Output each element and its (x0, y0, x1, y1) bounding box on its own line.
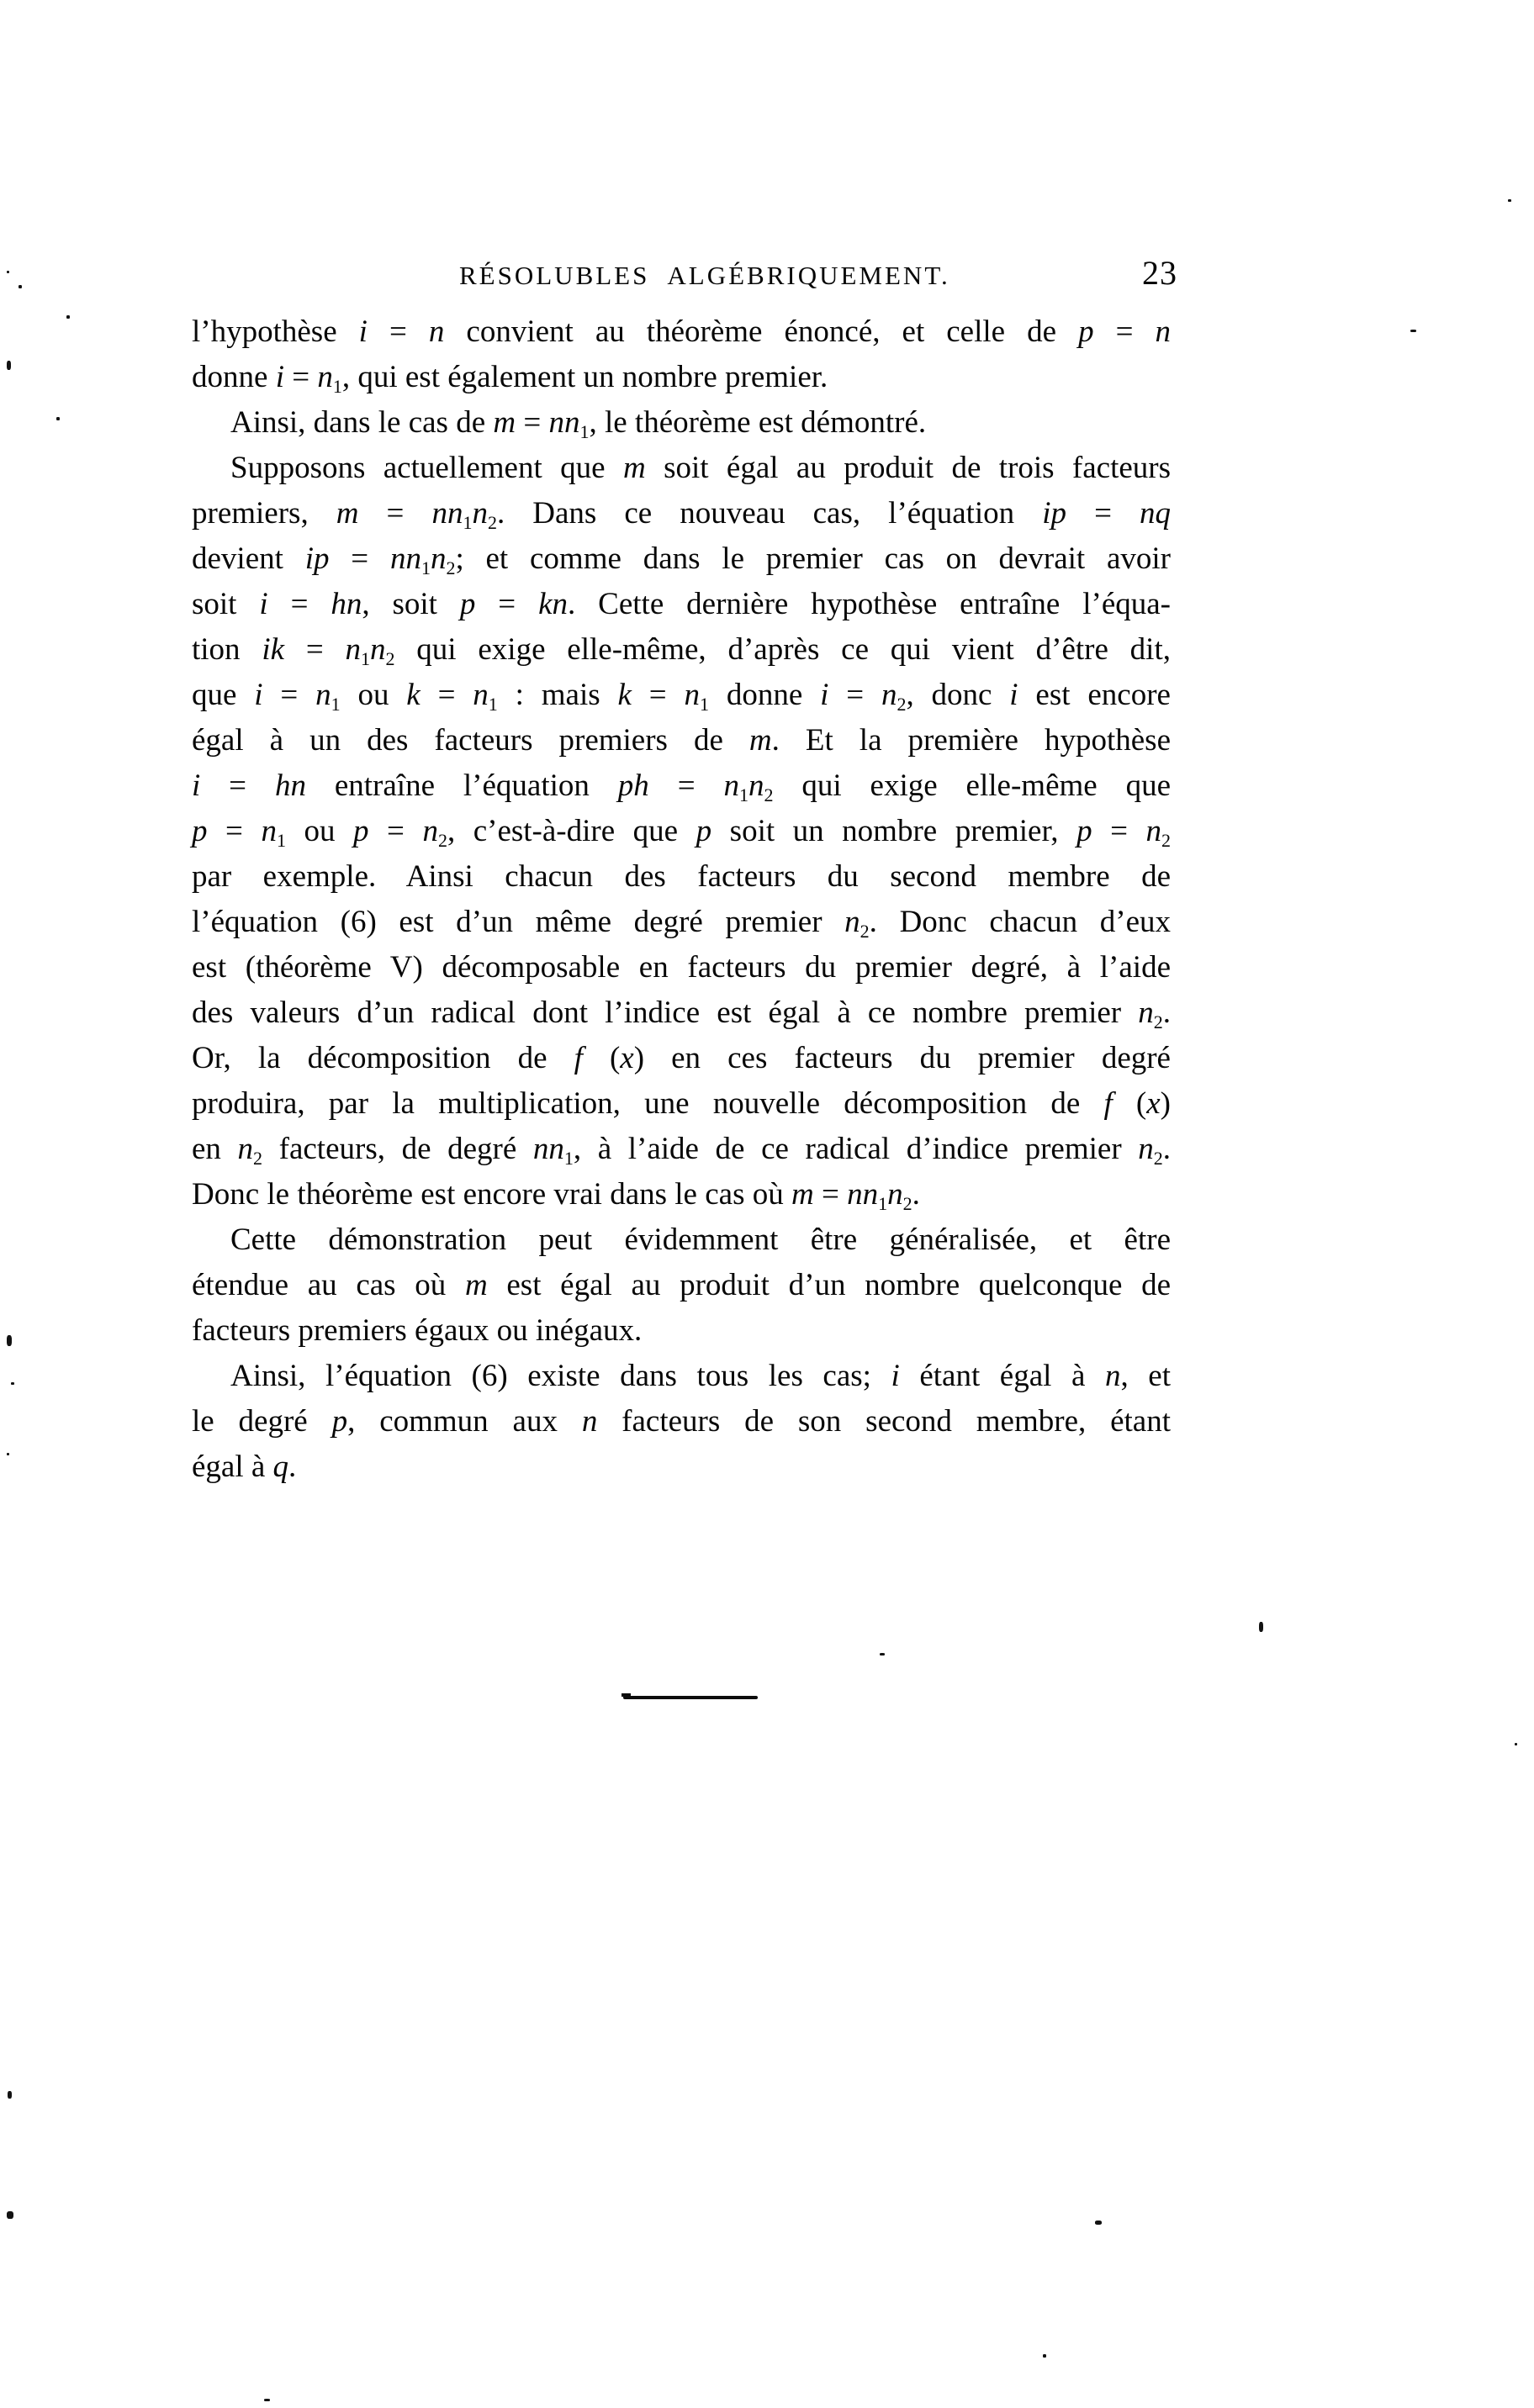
running-header: RÉSOLUBLES ALGÉBRIQUEMENT. 23 (192, 255, 1177, 297)
scan-speck (7, 271, 9, 273)
text-segment: devient (192, 541, 305, 576)
math-italic: n (582, 1404, 598, 1439)
math-italic: ph (618, 768, 649, 803)
scan-speck (7, 361, 11, 370)
subscript: 2 (386, 648, 395, 669)
text-line: i = hn entraîne l’équation ph = n1n2 qui… (192, 763, 1171, 809)
subscript: 1 (277, 830, 286, 851)
text-line: premiers, m = nn1n2. Dans ce nouveau cas… (192, 491, 1171, 536)
math-italic: n (473, 678, 489, 712)
subscript: 2 (897, 694, 906, 715)
text-segment: soit (192, 587, 259, 621)
text-segment: qui exige elle-même que (773, 768, 1171, 803)
text-segment: , commun aux (347, 1404, 582, 1439)
math-italic: m (749, 723, 772, 758)
math-italic: p (353, 814, 369, 848)
math-italic: x (620, 1041, 633, 1075)
subscript: 2 (1154, 1011, 1163, 1032)
text-line: produira, par la multiplication, une nou… (192, 1081, 1171, 1127)
text-segment: = (421, 678, 473, 712)
text-line: l’hypothèse i = n convient au théorème é… (192, 309, 1171, 355)
text-segment: étendue au cas où (192, 1268, 465, 1302)
subscript: 2 (1154, 1148, 1163, 1169)
text-segment: = (516, 405, 548, 440)
text-segment: . (1163, 1132, 1171, 1166)
text-segment: : mais (498, 678, 618, 712)
scan-speck (1095, 2221, 1102, 2225)
text-segment: en (192, 1132, 238, 1166)
text-line: étendue au cas où m est égal au produit … (192, 1263, 1171, 1308)
scan-speck (11, 1382, 14, 1385)
text-segment: Ainsi, dans le cas de (230, 405, 493, 440)
math-italic: nn (548, 405, 579, 440)
text-line: est (théorème V) décomposable en facteur… (192, 945, 1171, 990)
text-segment: = (369, 814, 423, 848)
subscript: 1 (579, 421, 589, 442)
text-segment: = (828, 678, 881, 712)
text-line: l’équation (6) est d’un même degré premi… (192, 900, 1171, 945)
text-segment: = (284, 632, 345, 667)
math-italic: m (465, 1268, 488, 1302)
text-segment: convient au théorème énoncé, et celle de (444, 314, 1078, 349)
math-italic: k (617, 678, 631, 712)
text-segment: = (1066, 496, 1140, 531)
text-segment: = (268, 587, 331, 621)
scan-speck (7, 2211, 13, 2219)
scan-speck (8, 2091, 12, 2099)
math-italic: p (460, 587, 476, 621)
text-segment: = (263, 678, 316, 712)
math-italic: p (192, 814, 208, 848)
subscript: 1 (700, 694, 709, 715)
text-segment: ( (1113, 1086, 1147, 1121)
text-segment: est (théorème V) décomposable en facteur… (192, 950, 1171, 985)
subscript: 2 (1161, 830, 1171, 851)
scan-speck (1508, 199, 1511, 202)
math-italic: ip (305, 541, 330, 576)
math-italic: m (336, 496, 359, 531)
text-line: que i = n1 ou k = n1 : mais k = n1 donne… (192, 673, 1171, 718)
text-segment: , donc (906, 678, 1009, 712)
text-segment: qui exige elle-même, d’après ce qui vien… (395, 632, 1171, 667)
math-italic: nn (390, 541, 421, 576)
math-italic: n (429, 314, 445, 349)
math-italic: n (315, 678, 331, 712)
text-segment: = (329, 541, 389, 576)
math-italic: i (820, 678, 828, 712)
subscript: 2 (488, 512, 497, 533)
text-segment: Donc le théorème est encore vrai dans le… (192, 1177, 791, 1212)
math-italic: p (696, 814, 712, 848)
math-italic: nn (533, 1132, 564, 1166)
text-segment: Supposons actuellement que (230, 451, 623, 485)
text-line: Or, la décomposition de f (x) en ces fac… (192, 1036, 1171, 1081)
text-segment: des valeurs d’un radical dont l’indice e… (192, 995, 1138, 1030)
text-segment: Or, la décomposition de (192, 1041, 574, 1075)
subscript: 2 (253, 1148, 262, 1169)
text-line: égal à un des facteurs premiers de m. Et… (192, 718, 1171, 763)
page-number: 23 (1142, 253, 1177, 293)
math-italic: p (1078, 314, 1094, 349)
text-line: donne i = n1, qui est également un nombr… (192, 355, 1171, 400)
text-segment: le degré (192, 1404, 332, 1439)
scan-speck (1515, 1743, 1517, 1745)
text-line: Ainsi, dans le cas de m = nn1, le théorè… (192, 400, 1171, 446)
subscript: 1 (739, 784, 748, 805)
subscript: 1 (489, 694, 498, 715)
math-italic: n (684, 678, 700, 712)
math-italic: m (493, 405, 516, 440)
scan-speck (7, 1335, 12, 1346)
text-segment: = (475, 587, 538, 621)
text-segment: premiers, (192, 496, 336, 531)
math-italic: f (574, 1041, 583, 1075)
text-segment: tion (192, 632, 262, 667)
text-segment: entraîne l’équation (306, 768, 618, 803)
math-italic: n (261, 814, 277, 848)
subscript: 1 (463, 512, 472, 533)
text-line: égal à q. (192, 1444, 1171, 1490)
section-end-rule-edge (622, 1693, 631, 1697)
text-segment: ; et comme dans le premier cas on devrai… (455, 541, 1171, 576)
text-segment: facteurs, de degré (262, 1132, 533, 1166)
math-italic: q (273, 1450, 289, 1484)
text-segment: l’équation (6) est d’un même degré premi… (192, 905, 844, 939)
text-segment: par exemple. Ainsi chacun des facteurs d… (192, 859, 1171, 894)
math-italic: n (1156, 314, 1172, 349)
math-italic: n (748, 768, 764, 803)
scan-speck (264, 2399, 270, 2401)
math-italic: n (370, 632, 386, 667)
text-segment: donne (709, 678, 820, 712)
math-italic: n (881, 678, 897, 712)
text-segment: , à l’aide de ce radical d’indice premie… (574, 1132, 1138, 1166)
text-segment: = (814, 1177, 847, 1212)
subscript: 2 (764, 784, 773, 805)
text-line: par exemple. Ainsi chacun des facteurs d… (192, 854, 1171, 900)
text-segment: ) en ces facteurs du premier degré (634, 1041, 1171, 1075)
subscript: 2 (860, 921, 870, 942)
math-italic: i (891, 1359, 900, 1393)
text-segment: , le théorème est démontré. (589, 405, 926, 440)
math-italic: hn (275, 768, 306, 803)
text-line: facteurs premiers égaux ou inégaux. (192, 1308, 1171, 1354)
text-segment: soit un nombre premier, (711, 814, 1076, 848)
text-segment: produira, par la multiplication, une nou… (192, 1086, 1103, 1121)
text-segment: est encore (1018, 678, 1171, 712)
math-italic: n (1105, 1359, 1121, 1393)
text-segment: , c’est-à-dire que (447, 814, 696, 848)
math-italic: n (1138, 995, 1154, 1030)
subscript: 1 (333, 376, 342, 397)
text-segment: = (1092, 814, 1146, 848)
math-italic: n (238, 1132, 254, 1166)
text-segment: que (192, 678, 254, 712)
text-segment: = (632, 678, 685, 712)
math-italic: ik (262, 632, 284, 667)
text-line: soit i = hn, soit p = kn. Cette dernière… (192, 582, 1171, 627)
text-line: Cette démonstration peut évidemment être… (192, 1217, 1171, 1263)
subscript: 2 (446, 557, 455, 578)
subscript: 1 (331, 694, 341, 715)
text-line: Supposons actuellement que m soit égal a… (192, 446, 1171, 491)
math-italic: n (472, 496, 488, 531)
math-italic: i (276, 360, 284, 394)
math-italic: n (1146, 814, 1162, 848)
text-line: tion ik = n1n2 qui exige elle-même, d’ap… (192, 627, 1171, 673)
text-line: en n2 facteurs, de degré nn1, à l’aide d… (192, 1127, 1171, 1172)
text-block: l’hypothèse i = n convient au théorème é… (192, 309, 1171, 1490)
math-italic: n (346, 632, 362, 667)
scan-speck (66, 315, 70, 319)
text-segment: . (912, 1177, 920, 1212)
book-page: RÉSOLUBLES ALGÉBRIQUEMENT. 23 l’hypothès… (0, 0, 1534, 2408)
text-segment: . Et la première hypothèse (772, 723, 1171, 758)
math-italic: i (192, 768, 200, 803)
scan-speck (1259, 1622, 1263, 1632)
text-segment: , soit (362, 587, 460, 621)
text-line: le degré p, commun aux n facteurs de son… (192, 1399, 1171, 1444)
scan-speck (880, 1653, 885, 1655)
math-italic: nn (847, 1177, 878, 1212)
math-italic: kn (538, 587, 568, 621)
text-line: devient ip = nn1n2; et comme dans le pre… (192, 536, 1171, 582)
math-italic: m (623, 451, 646, 485)
math-italic: i (1009, 678, 1018, 712)
math-italic: n (422, 814, 438, 848)
math-italic: hn (331, 587, 362, 621)
math-italic: n (431, 541, 447, 576)
text-segment: = (284, 360, 317, 394)
text-line: des valeurs d’un radical dont l’indice e… (192, 990, 1171, 1036)
scan-speck (56, 417, 60, 420)
text-segment: . Cette dernière hypothèse entraîne l’éq… (568, 587, 1171, 621)
scan-speck (1410, 330, 1416, 332)
text-segment: . (288, 1450, 296, 1484)
subscript: 2 (438, 830, 447, 851)
subscript: 1 (564, 1148, 574, 1169)
text-segment: , qui est également un nombre premier. (342, 360, 828, 394)
text-segment: , et (1120, 1359, 1171, 1393)
math-italic: f (1103, 1086, 1112, 1121)
text-line: Donc le théorème est encore vrai dans le… (192, 1172, 1171, 1217)
math-italic: k (406, 678, 420, 712)
math-italic: n (1138, 1132, 1154, 1166)
text-segment: l’hypothèse (192, 314, 359, 349)
text-segment: = (358, 496, 431, 531)
text-segment: ( (583, 1041, 620, 1075)
text-segment: ou (286, 814, 353, 848)
math-italic: nq (1140, 496, 1171, 531)
math-italic: n (317, 360, 333, 394)
math-italic: n (723, 768, 739, 803)
subscript: 1 (878, 1193, 887, 1214)
scan-speck (7, 1453, 9, 1455)
text-segment: = (368, 314, 429, 349)
text-segment: facteurs premiers égaux ou inégaux. (192, 1313, 642, 1348)
scan-speck (1043, 2354, 1046, 2358)
text-segment: ) (1161, 1086, 1171, 1121)
text-segment: . (1163, 995, 1171, 1030)
math-italic: p (1076, 814, 1092, 848)
math-italic: n (844, 905, 860, 939)
math-italic: m (791, 1177, 814, 1212)
text-line: Ainsi, l’équation (6) existe dans tous l… (192, 1354, 1171, 1399)
math-italic: i (259, 587, 267, 621)
subscript: 1 (361, 648, 370, 669)
scan-speck (19, 285, 22, 288)
text-segment: = (200, 768, 275, 803)
text-segment: Ainsi, l’équation (6) existe dans tous l… (230, 1359, 891, 1393)
math-italic: x (1146, 1086, 1160, 1121)
text-segment: soit égal au produit de trois facteurs (646, 451, 1171, 485)
math-italic: n (887, 1177, 903, 1212)
subscript: 2 (903, 1193, 912, 1214)
math-italic: nn (431, 496, 463, 531)
text-segment: . Donc chacun d’eux (870, 905, 1171, 939)
text-segment: . Dans ce nouveau cas, l’équation (497, 496, 1042, 531)
text-segment: étant égal à (900, 1359, 1105, 1393)
text-segment: = (1094, 314, 1156, 349)
text-segment: donne (192, 360, 276, 394)
text-segment: Cette démonstration peut évidemment être… (230, 1222, 1171, 1257)
section-end-rule (623, 1696, 758, 1699)
subscript: 1 (421, 557, 431, 578)
math-italic: p (332, 1404, 348, 1439)
text-segment: égal à (192, 1450, 273, 1484)
text-segment: ou (341, 678, 407, 712)
math-italic: i (359, 314, 368, 349)
text-segment: = (208, 814, 262, 848)
running-title: RÉSOLUBLES ALGÉBRIQUEMENT. (459, 261, 950, 291)
text-segment: facteurs de son second membre, étant (597, 1404, 1171, 1439)
text-line: p = n1 ou p = n2, c’est-à-dire que p soi… (192, 809, 1171, 854)
text-segment: = (649, 768, 724, 803)
math-italic: i (254, 678, 262, 712)
math-italic: ip (1042, 496, 1066, 531)
text-segment: égal à un des facteurs premiers de (192, 723, 749, 758)
text-segment: est égal au produit d’un nombre quelconq… (488, 1268, 1171, 1302)
